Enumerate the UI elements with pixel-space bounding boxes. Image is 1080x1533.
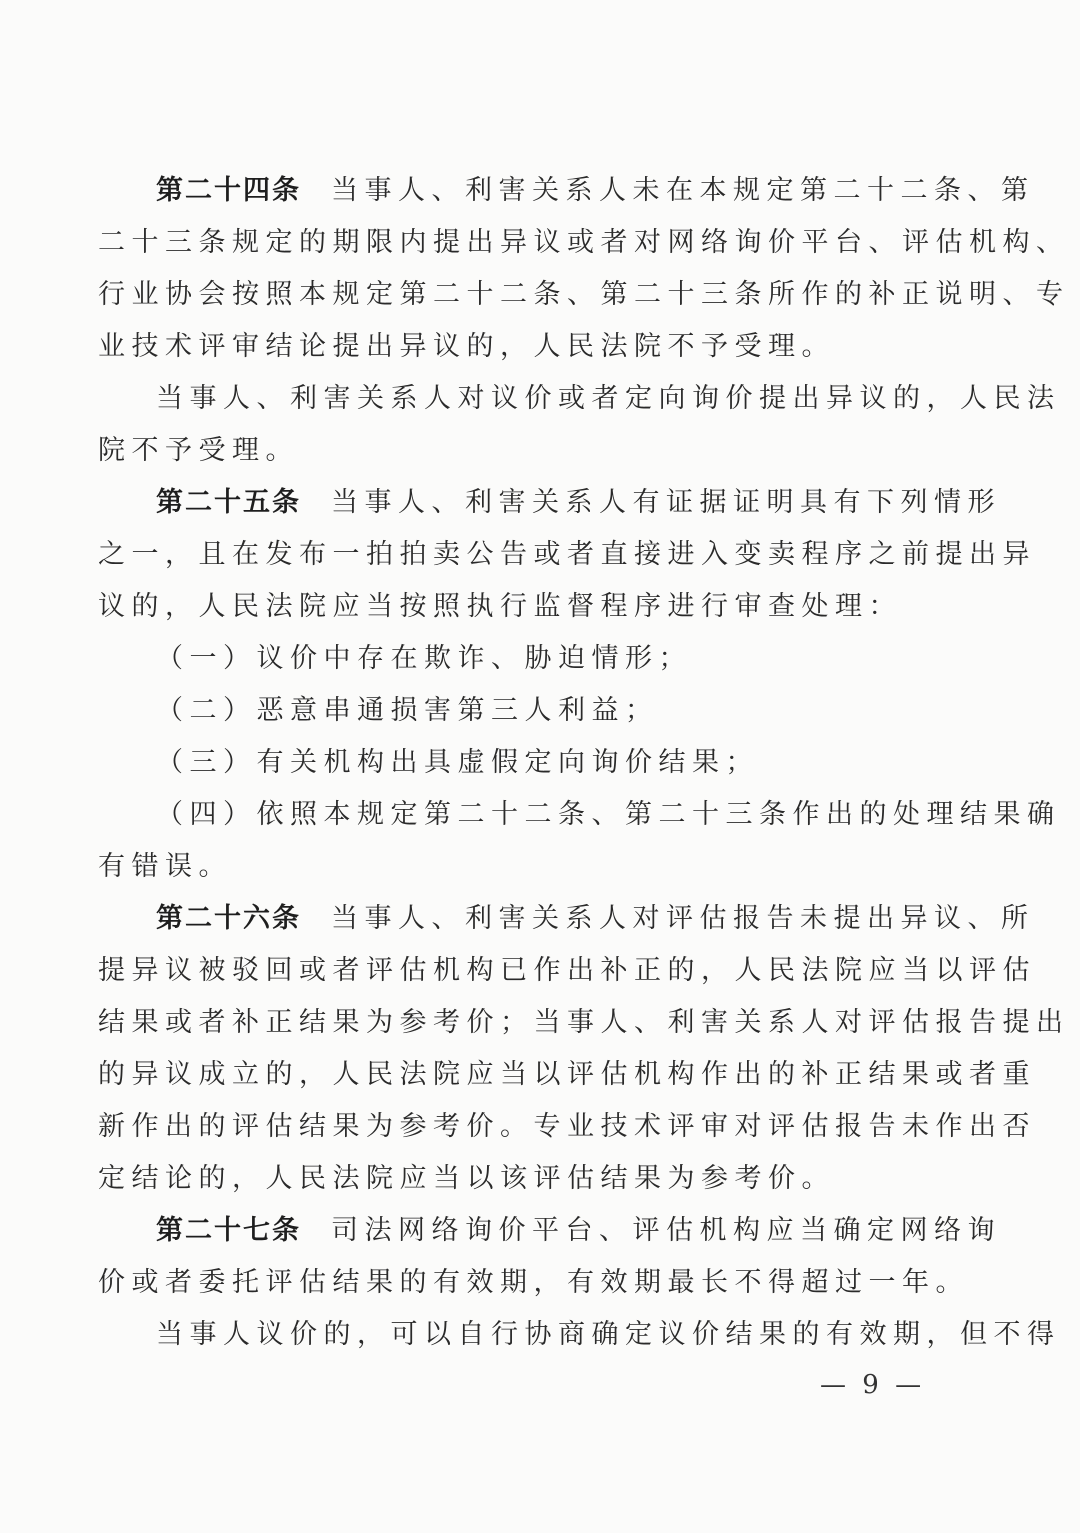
article-25-item-3: （三）有关机构出具虚假定向询价结果； (156, 737, 928, 789)
article-25-item-2: （二）恶意串通损害第三人利益； (156, 685, 928, 737)
article-24-para2-line-2: 院不予受理。 (98, 425, 928, 477)
article-27-para2-line-1: 当事人议价的，可以自行协商确定议价结果的有效期，但不得 (156, 1309, 928, 1361)
article-25-item-1: （一）议价中存在欺诈、胁迫情形； (156, 633, 928, 685)
article-25-line-2: 之一，且在发布一拍拍卖公告或者直接进入变卖程序之前提出异 (98, 529, 928, 581)
page-number: — 9 — (820, 1370, 925, 1400)
article-24-line-3: 行业协会按照本规定第二十二条、第二十三条所作的补正说明、专 (98, 269, 928, 321)
document-page: 第二十四条当事人、利害关系人未在本规定第二十二条、第 二十三条规定的期限内提出异… (0, 0, 1080, 1533)
article-25-item-4: （四）依照本规定第二十二条、第二十三条作出的处理结果确 (156, 789, 928, 841)
article-24-line-2: 二十三条规定的期限内提出异议或者对网络询价平台、评估机构、 (98, 217, 928, 269)
article-27-line-2: 价或者委托评估结果的有效期，有效期最长不得超过一年。 (98, 1257, 928, 1309)
article-26-line-4: 的异议成立的，人民法院应当以评估机构作出的补正结果或者重 (98, 1049, 928, 1101)
article-24-line-1: 第二十四条当事人、利害关系人未在本规定第二十二条、第 (156, 165, 928, 217)
article-25-line-1: 第二十五条当事人、利害关系人有证据证明具有下列情形 (156, 477, 928, 529)
article-26-line-6: 定结论的，人民法院应当以该评估结果为参考价。 (98, 1153, 928, 1205)
article-25-item-4-cont: 有错误。 (98, 841, 928, 893)
article-26-line-5: 新作出的评估结果为参考价。专业技术评审对评估报告未作出否 (98, 1101, 928, 1153)
article-25-title: 第二十五条 (156, 487, 301, 518)
article-24-title: 第二十四条 (156, 175, 301, 206)
article-24-para2-line-1: 当事人、利害关系人对议价或者定向询价提出异议的，人民法 (156, 373, 928, 425)
article-24-line-4: 业技术评审结论提出异议的，人民法院不予受理。 (98, 321, 928, 373)
article-26-line-3: 结果或者补正结果为参考价；当事人、利害关系人对评估报告提出 (98, 997, 928, 1049)
article-26-line-2: 提异议被驳回或者评估机构已作出补正的，人民法院应当以评估 (98, 945, 928, 997)
article-25-line-3: 议的，人民法院应当按照执行监督程序进行审查处理： (98, 581, 928, 633)
article-26-title: 第二十六条 (156, 903, 301, 934)
article-26-line-1: 第二十六条当事人、利害关系人对评估报告未提出异议、所 (156, 893, 928, 945)
article-27-line-1: 第二十七条司法网络询价平台、评估机构应当确定网络询 (156, 1205, 928, 1257)
article-27-title: 第二十七条 (156, 1215, 301, 1246)
